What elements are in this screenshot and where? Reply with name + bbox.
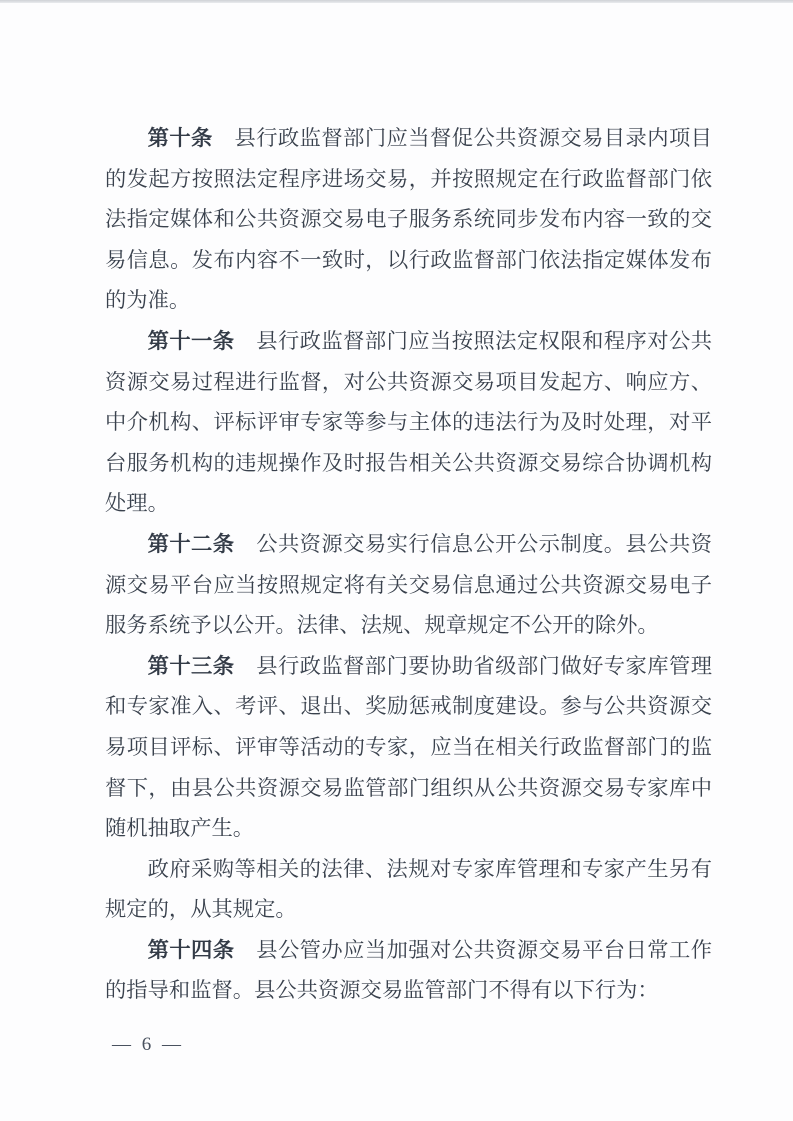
article-text: 县行政监督部门应当督促公共资源交易目录内项目的发起方按照法定程序进场交易，并按照… (105, 126, 712, 312)
article-paragraph-13: 第十三条 县行政监督部门要协助省级部门做好专家库管理和专家准入、考评、退出、奖励… (105, 646, 712, 849)
article-number: 第十一条 (148, 329, 235, 353)
article-number: 第十条 (148, 126, 213, 150)
article-paragraph-10: 第十条 县行政监督部门应当督促公共资源交易目录内项目的发起方按照法定程序进场交易… (105, 118, 712, 321)
article-number: 第十三条 (148, 654, 235, 678)
page-number: — 6 — (112, 1034, 184, 1056)
article-paragraph-12: 第十二条 公共资源交易实行信息公开公示制度。县公共资源交易平台应当按照规定将有关… (105, 524, 712, 646)
article-text: 政府采购等相关的法律、法规对专家库管理和专家产生另有规定的，从其规定。 (105, 857, 712, 922)
article-number: 第十四条 (148, 938, 235, 962)
article-paragraph-14: 第十四条 县公管办应当加强对公共资源交易平台日常工作的指导和监督。县公共资源交易… (105, 930, 712, 1011)
plain-paragraph: 政府采购等相关的法律、法规对专家库管理和专家产生另有规定的，从其规定。 (105, 849, 712, 930)
article-number: 第十二条 (148, 532, 235, 556)
scan-edge (0, 0, 793, 3)
article-paragraph-11: 第十一条 县行政监督部门应当按照法定权限和程序对公共资源交易过程进行监督，对公共… (105, 321, 712, 524)
article-text: 县行政监督部门应当按照法定权限和程序对公共资源交易过程进行监督，对公共资源交易项… (105, 329, 712, 515)
document-body: 第十条 县行政监督部门应当督促公共资源交易目录内项目的发起方按照法定程序进场交易… (105, 118, 712, 1011)
article-text: 县行政监督部门要协助省级部门做好专家库管理和专家准入、考评、退出、奖励惩戒制度建… (105, 654, 712, 840)
document-page: { "document": { "paragraphs": [ { "num":… (0, 0, 793, 1121)
